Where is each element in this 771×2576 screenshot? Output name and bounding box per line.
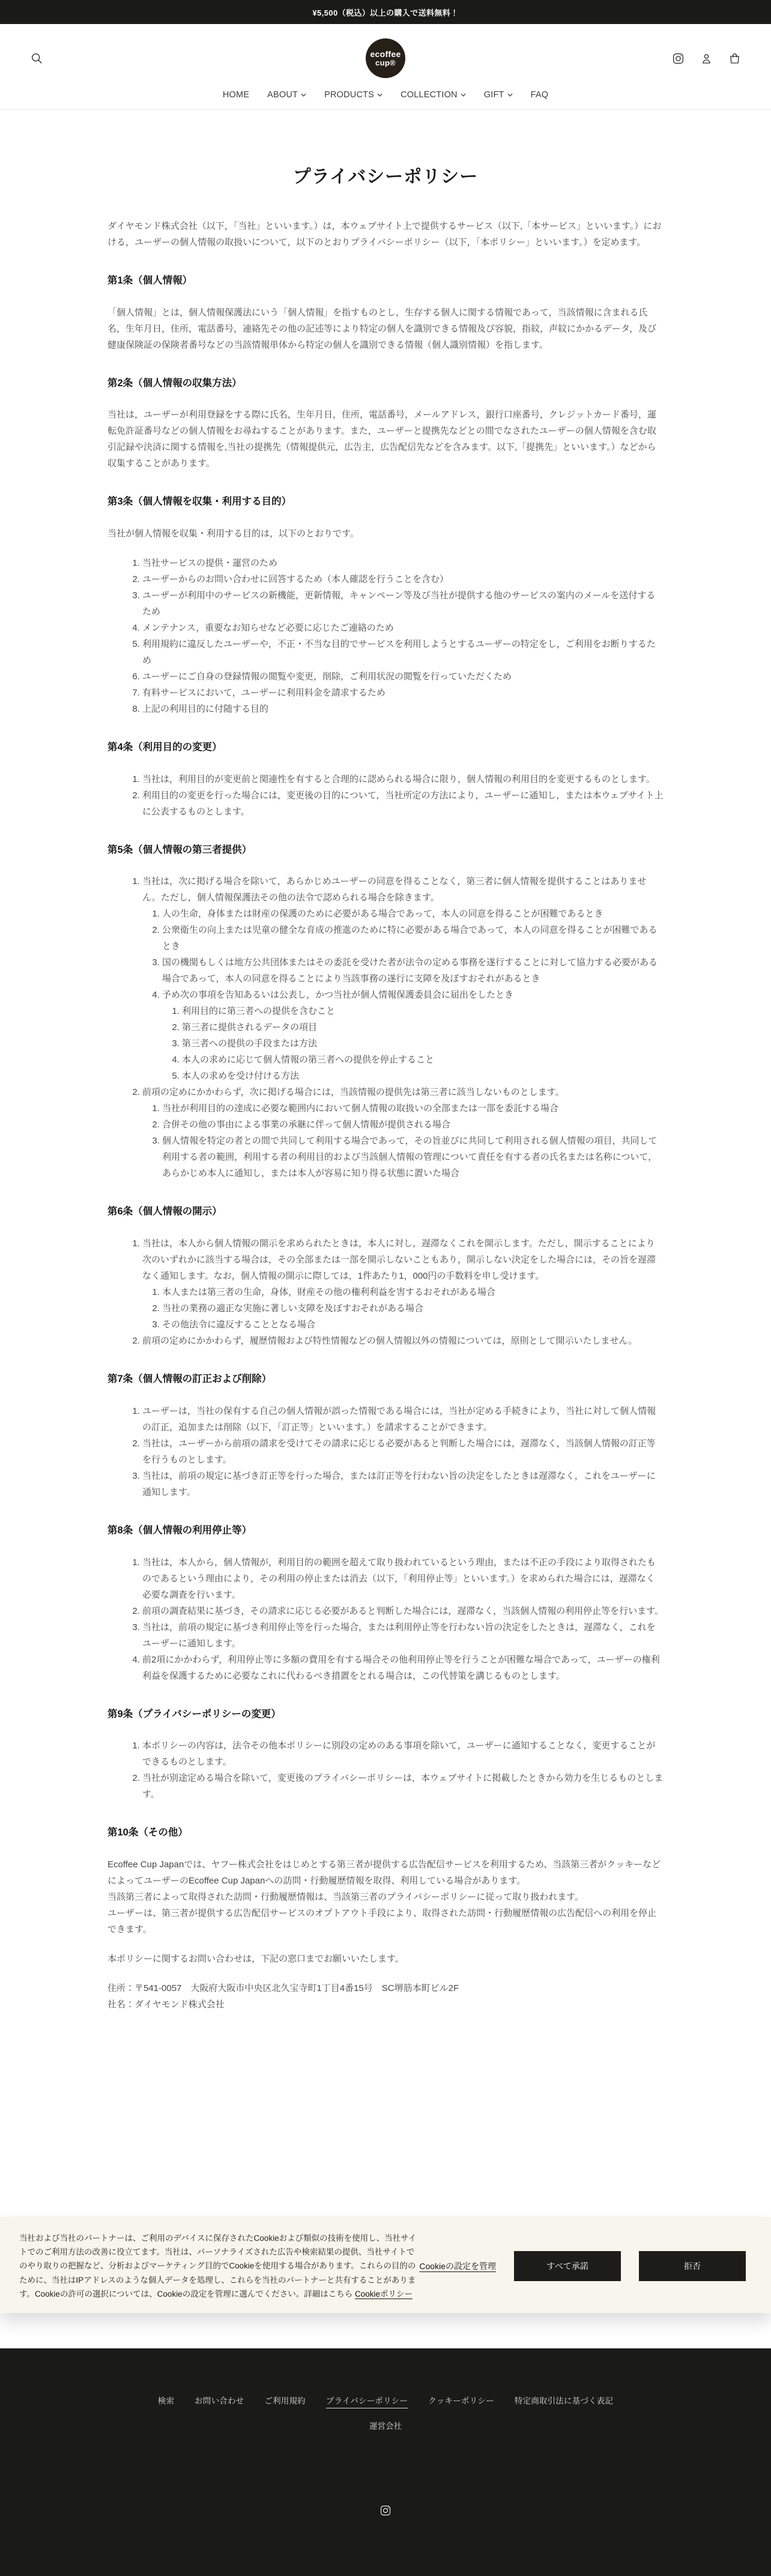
policy-sublist: 利用目的に第三者への提供を含むこと第三者に提供されるデータの項目第三者への提供の… [162,1003,664,1084]
nav-item-faq[interactable]: FAQ [531,90,549,100]
policy-list-item-text: 予め次の事項を告知あるいは公表し，かつ当社が個人情報保護委員会に届出をしたとき [162,990,513,1000]
policy-list-item-text: 国の機関もしくは地方公共団体またはその委託を受けた者が法令の定める事務を遂行する… [162,957,658,984]
policy-list-item-text: 上記の利用目的に付随する目的 [142,704,268,714]
policy-list-item: 上記の利用目的に付随する目的 [142,701,664,717]
footer-link[interactable]: 検索 [158,2394,174,2406]
policy-list-item: 当社は，次に掲げる場合を除いて，あらかじめユーザーの同意を得ることなく，第三者に… [142,873,664,1084]
nav-item-label: FAQ [531,90,549,100]
footer-link-company[interactable]: 運営会社 [0,2419,771,2431]
footer-link[interactable]: 特定商取引法に基づく表記 [515,2394,613,2406]
policy-list-item-text: 人の生命，身体または財産の保護のために必要がある場合であって，本人の同意を得るこ… [162,909,603,919]
contact-intro: 本ポリシーに関するお問い合わせは，下記の窓口までお願いいたします。 [107,1951,664,1967]
policy-list-item: 前2項にかかわらず，利用停止等に多額の費用を有する場合その他利用停止等を行うこと… [142,1652,664,1684]
policy-list-item: 当社は，前項の規定に基づき利用停止等を行った場合，または利用停止等を行わない旨の… [142,1619,664,1652]
policy-list: ユーザーは，当社の保有する自己の個人情報が誤った情報である場合には，当社が定める… [107,1403,664,1500]
policy-paragraph: Ecoffee Cup Japanでは、ヤフー株式会社をはじめとする第三者が提供… [107,1856,664,1938]
policy-list-item-text: 本人または第三者の生命，身体，財産その他の権利利益を害するおそれがある場合 [162,1287,495,1297]
cart-icon[interactable] [725,49,745,68]
policy-list-item-text: 本人の求めを受け付ける方法 [182,1071,299,1081]
section-heading: 第6条（個人情報の開示） [107,1203,664,1221]
footer-social [0,2501,771,2520]
header-left [26,48,366,68]
policy-list-item-text: 当社は，前項の規定に基づき訂正等を行った場合，または訂正等を行わない旨の決定をし… [142,1471,656,1497]
policy-list-item: 国の機関もしくは地方公共団体またはその委託を受けた者が法令の定める事務を遂行する… [162,954,664,987]
nav-item-collection[interactable]: COLLECTION [401,90,466,100]
policy-list-item-text: ユーザーからのお問い合わせに回答するため（本人確認を行うことを含む） [142,574,449,584]
policy-list-item-text: 当社は，ユーザーから前項の請求を受けてその請求に応じる必要があると判断した場合に… [142,1438,656,1465]
account-icon[interactable] [697,49,716,68]
policy-list-item-text: 本ポリシーの内容は，法令その他本ポリシーに別段の定めのある事項を除いて，ユーザー… [142,1741,655,1767]
policy-list-item: 当社が利用目的の達成に必要な範囲内において個人情報の取扱いの全部または一部を委託… [162,1100,664,1117]
policy-list-item-text: 前項の定めにかかわらず，次に掲げる場合には，当該情報の提供先は第三者に該当しない… [142,1087,564,1097]
nav-item-products[interactable]: PRODUCTS [324,90,382,100]
policy-list-item: 当社は，利用目的が変更前と関連性を有すると合理的に認められる場合に限り，個人情報… [142,771,664,787]
policy-list-item: 当社は，ユーザーから前項の請求を受けてその請求に応じる必要があると判断した場合に… [142,1435,664,1468]
policy-list-item: ユーザーにご自身の登録情報の閲覧や変更，削除，ご利用状況の閲覧を行っていただくた… [142,668,664,685]
policy-list-item: 前項の調査結果に基づき，その請求に応じる必要があると判断した場合には，遅滞なく，… [142,1603,664,1619]
policy-paragraph: 当社が個人情報を収集・利用する目的は，以下のとおりです。 [107,526,664,542]
policy-sublist: 人の生命，身体または財産の保護のために必要がある場合であって，本人の同意を得るこ… [142,906,664,1084]
policy-list-item: メンテナンス，重要なお知らせなど必要に応じたご連絡のため [142,620,664,636]
policy-list-item-text: 個人情報を特定の者との間で共同して利用する場合であって，その旨並びに共同して利用… [162,1136,658,1178]
policy-list-item: 当社は，本人から個人情報の開示を求められたときは，本人に対し，遅滞なくこれを開示… [142,1235,664,1333]
policy-list-item-text: 前項の定めにかかわらず，履歴情報および特性情報などの個人情報以外の情報については… [142,1336,637,1346]
policy-list-item: 前項の定めにかかわらず，履歴情報および特性情報などの個人情報以外の情報については… [142,1333,664,1349]
policy-list-item-text: 当社は，本人から個人情報の開示を求められたときは，本人に対し，遅滞なくこれを開示… [142,1238,656,1281]
logo-text-line2: cup® [375,59,396,67]
policy-sublist: 当社が利用目的の達成に必要な範囲内において個人情報の取扱いの全部または一部を委託… [142,1100,664,1181]
policy-list-item-text: 当社が別途定める場合を除いて，変更後のプライバシーポリシーは，本ウェブサイトに掲… [142,1773,663,1799]
nav-item-label: PRODUCTS [324,90,374,100]
policy-list-item: 当社の業務の適正な実施に著しい支障を及ぼすおそれがある場合 [162,1300,664,1317]
policy-list-item: 公衆衛生の向上または児童の健全な育成の推進のために特に必要がある場合であって，本… [162,922,664,954]
policy-list-item: 第三者への提供の手段または方法 [182,1035,664,1052]
footer-links: 検索お問い合わせご利用規約プライバシーポリシークッキーポリシー特定商取引法に基づ… [0,2348,771,2406]
policy-list-item: 利用規約に違反したユーザーや，不正・不当な目的でサービスを利用しようとするユーザ… [142,636,664,668]
policy-list-item: 予め次の事項を告知あるいは公表し，かつ当社が個人情報保護委員会に届出をしたとき利… [162,987,664,1084]
policy-list-item: 利用目的の変更を行った場合には，変更後の目的について，当社所定の方法により，ユー… [142,787,664,820]
footer-link[interactable]: ご利用規約 [264,2394,306,2406]
policy-list-item: 個人情報を特定の者との間で共同して利用する場合であって，その旨並びに共同して利用… [162,1133,664,1181]
policy-list: 当社サービスの提供・運営のためユーザーからのお問い合わせに回答するため（本人確認… [107,555,664,717]
search-icon[interactable] [26,48,47,68]
policy-paragraph: ダイヤモンド株式会社（以下，「当社」といいます。）は，本ウェブサイト上で提供する… [107,218,664,250]
decline-button[interactable]: 拒否 [639,2251,746,2281]
nav-item-label: HOME [223,90,249,100]
policy-list-item-text: ユーザーが利用中のサービスの新機能，更新情報，キャンペーン等及び当社が提供する他… [142,590,655,617]
policy-list: 本ポリシーの内容は，法令その他本ポリシーに別段の定めのある事項を除いて，ユーザー… [107,1738,664,1802]
policy-list: 当社は，利用目的が変更前と関連性を有すると合理的に認められる場合に限り，個人情報… [107,771,664,820]
cookie-actions: Cookieの設定を管理 すべて承諾 拒否 [419,2251,747,2281]
policy-list-item-text: 第三者に提供されるデータの項目 [182,1022,317,1032]
policy-list-item-text: 当社が利用目的の達成に必要な範囲内において個人情報の取扱いの全部または一部を委託… [162,1103,558,1114]
policy-list-item-text: ユーザーは，当社の保有する自己の個人情報が誤った情報である場合には，当社が定める… [142,1406,656,1432]
section-heading: 第7条（個人情報の訂正および削除） [107,1371,664,1389]
policy-list: 当社は，本人から個人情報の開示を求められたときは，本人に対し，遅滞なくこれを開示… [107,1235,664,1349]
policy-list-item-text: 当社サービスの提供・運営のため [142,558,277,568]
site-footer: 検索お問い合わせご利用規約プライバシーポリシークッキーポリシー特定商取引法に基づ… [0,2348,771,2576]
footer-link[interactable]: プライバシーポリシー [326,2394,408,2406]
announcement-bar: ¥5,500（税込）以上の購入で送料無料！ [0,0,771,24]
policy-paragraph: 当社は，ユーザーが利用登録をする際に氏名，生年月日，住所，電話番号，メールアドレ… [107,407,664,471]
manage-cookies-link[interactable]: Cookieの設定を管理 [419,2260,496,2272]
policy-list-item: 利用目的に第三者への提供を含むこと [182,1003,664,1019]
policy-list-item-text: 利用目的に第三者への提供を含むこと [182,1006,335,1016]
policy-list-item-text: 有料サービスにおいて，ユーザーに利用料金を請求するため [142,688,385,698]
policy-paragraph: 「個人情報」とは，個人情報保護法にいう「個人情報」を指すものとし，生存する個人に… [107,305,664,353]
policy-list-item-text: 利用規約に違反したユーザーや，不正・不当な目的でサービスを利用しようとするユーザ… [142,639,656,665]
policy-list-item-text: 利用目的の変更を行った場合には，変更後の目的について，当社所定の方法により，ユー… [142,790,664,817]
policy-list-item: 本人の求めを受け付ける方法 [182,1068,664,1084]
cookie-banner: 当社および当社のパートナーは、ご利用のデバイスに保存されたCookieおよび類似… [0,2217,771,2313]
policy-list-item-text: 当社の業務の適正な実施に著しい支障を及ぼすおそれがある場合 [162,1303,423,1314]
policy-list-item: 当社は，本人から，個人情報が，利用目的の範囲を超えて取り扱われているという理由，… [142,1554,664,1603]
cookie-banner-text: 当社および当社のパートナーは、ご利用のデバイスに保存されたCookieおよび類似… [19,2231,419,2301]
policy-list-item-text: 当社は，次に掲げる場合を除いて，あらかじめユーザーの同意を得ることなく，第三者に… [142,876,646,903]
announcement-text: ¥5,500（税込）以上の購入で送料無料！ [312,7,458,18]
chevron-down-icon [377,93,382,97]
chevron-down-icon [301,93,306,97]
page-title: プライバシーポリシー [0,162,771,188]
policy-list: 当社は，本人から，個人情報が，利用目的の範囲を超えて取り扱われているという理由，… [107,1554,664,1684]
policy-list-item: ユーザーは，当社の保有する自己の個人情報が誤った情報である場合には，当社が定める… [142,1403,664,1435]
policy-list-item: その他法令に違反することとなる場合 [162,1317,664,1333]
section-heading: 第2条（個人情報の収集方法） [107,375,664,393]
policy-list-item: 本人または第三者の生命，身体，財産その他の権利利益を害するおそれがある場合 [162,1284,664,1300]
accept-all-button[interactable]: すべて承諾 [514,2251,621,2281]
policy-article: ダイヤモンド株式会社（以下，「当社」といいます。）は，本ウェブサイト上で提供する… [107,218,664,2013]
cookie-text-body: 当社および当社のパートナーは、ご利用のデバイスに保存されたCookieおよび類似… [19,2234,416,2299]
section-heading: 第4条（利用目的の変更） [107,739,664,757]
instagram-icon[interactable] [668,49,688,68]
policy-list-item-text: メンテナンス，重要なお知らせなど必要に応じたご連絡のため [142,623,394,633]
section-heading: 第5条（個人情報の第三者提供） [107,841,664,859]
nav-item-gift[interactable]: GIFT [484,90,513,100]
policy-list-item: 本人の求めに応じて個人情報の第三者への提供を停止すること [182,1052,664,1068]
policy-list-item: 第三者に提供されるデータの項目 [182,1019,664,1035]
policy-list-item-text: 第三者への提供の手段または方法 [182,1038,317,1049]
main-nav: HOMEABOUTPRODUCTSCOLLECTIONGIFTFAQ [26,84,745,109]
chevron-down-icon [461,93,466,97]
policy-list-item-text: 当社は，利用目的が変更前と関連性を有すると合理的に認められる場合に限り，個人情報… [142,774,655,784]
nav-item-label: COLLECTION [401,90,458,100]
page: ¥5,500（税込）以上の購入で送料無料！ ecoffee cup® [0,0,771,2576]
nav-item-label: ABOUT [267,90,298,100]
section-heading: 第3条（個人情報を収集・利用する目的） [107,493,664,511]
policy-list-item: ユーザーからのお問い合わせに回答するため（本人確認を行うことを含む） [142,571,664,587]
policy-list-item: 合併その他の事由による事業の承継に伴って個人情報が提供される場合 [162,1117,664,1133]
nav-item-home[interactable]: HOME [223,90,249,100]
policy-list-item-text: その他法令に違反することとなる場合 [162,1320,315,1330]
main-content: プライバシーポリシー ダイヤモンド株式会社（以下，「当社」といいます。）は，本ウ… [0,110,771,2348]
instagram-icon[interactable] [376,2501,395,2520]
policy-list-item: 当社は，前項の規定に基づき訂正等を行った場合，または訂正等を行わない旨の決定をし… [142,1468,664,1500]
policy-list: 当社は，次に掲げる場合を除いて，あらかじめユーザーの同意を得ることなく，第三者に… [107,873,664,1181]
logo-text-line1: ecoffee [370,50,401,59]
policy-list-item: 本ポリシーの内容は，法令その他本ポリシーに別段の定めのある事項を除いて，ユーザー… [142,1738,664,1770]
policy-list-item-text: 当社は，前項の規定に基づき利用停止等を行った場合，または利用停止等を行わない旨の… [142,1622,656,1649]
contact-block: 本ポリシーに関するお問い合わせは，下記の窓口までお願いいたします。住所：〒541… [107,1951,664,2013]
policy-list-item: ユーザーが利用中のサービスの新機能，更新情報，キャンペーン等及び当社が提供する他… [142,587,664,620]
store-logo[interactable]: ecoffee cup® [366,38,405,78]
footer-link[interactable]: クッキーポリシー [428,2394,494,2406]
policy-list-item-text: 合併その他の事由による事業の承継に伴って個人情報が提供される場合 [162,1120,450,1130]
section-heading: 第8条（個人情報の利用停止等） [107,1522,664,1540]
header-top-row: ecoffee cup® [26,32,745,84]
policy-list-item: 有料サービスにおいて，ユーザーに利用料金を請求するため [142,685,664,701]
policy-sublist: 本人または第三者の生命，身体，財産その他の権利利益を害するおそれがある場合当社の… [142,1284,664,1333]
nav-item-about[interactable]: ABOUT [267,90,306,100]
policy-list-item: 当社サービスの提供・運営のため [142,555,664,571]
policy-list-item-text: 当社は，本人から，個人情報が，利用目的の範囲を超えて取り扱われているという理由，… [142,1557,656,1600]
policy-list-item: 人の生命，身体または財産の保護のために必要がある場合であって，本人の同意を得るこ… [162,906,664,922]
footer-link[interactable]: お問い合わせ [195,2394,244,2406]
section-heading: 第1条（個人情報） [107,272,664,290]
section-heading: 第10条（その他） [107,1824,664,1842]
policy-list-item-text: 前項の調査結果に基づき，その請求に応じる必要があると判断した場合には，遅滞なく，… [142,1606,664,1616]
chevron-down-icon [507,93,513,97]
policy-list-item-text: 公衆衛生の向上または児童の健全な育成の推進のために特に必要がある場合であって，本… [162,925,658,951]
policy-list-item-text: 前2項にかかわらず，利用停止等に多額の費用を有する場合その他利用停止等を行うこと… [142,1655,660,1681]
contact-details: 住所：〒541-0057 大阪府大阪市中央区北久宝寺町1丁目4番15号 SC堺筋… [107,1980,664,2013]
section-heading: 第9条（プライバシーポリシーの変更） [107,1706,664,1724]
policy-list-item-text: ユーザーにご自身の登録情報の閲覧や変更，削除，ご利用状況の閲覧を行っていただくた… [142,671,512,682]
policy-list-item-text: 本人の求めに応じて個人情報の第三者への提供を停止すること [182,1055,434,1065]
header-icons [405,49,745,68]
policy-list-item: 前項の定めにかかわらず，次に掲げる場合には，当該情報の提供先は第三者に該当しない… [142,1084,664,1181]
policy-list-item: 当社が別途定める場合を除いて，変更後のプライバシーポリシーは，本ウェブサイトに掲… [142,1770,664,1802]
cookie-policy-link[interactable]: Cookieポリシー [355,2290,413,2299]
site-header: ecoffee cup® [0,24,771,110]
nav-item-label: GIFT [484,90,504,100]
